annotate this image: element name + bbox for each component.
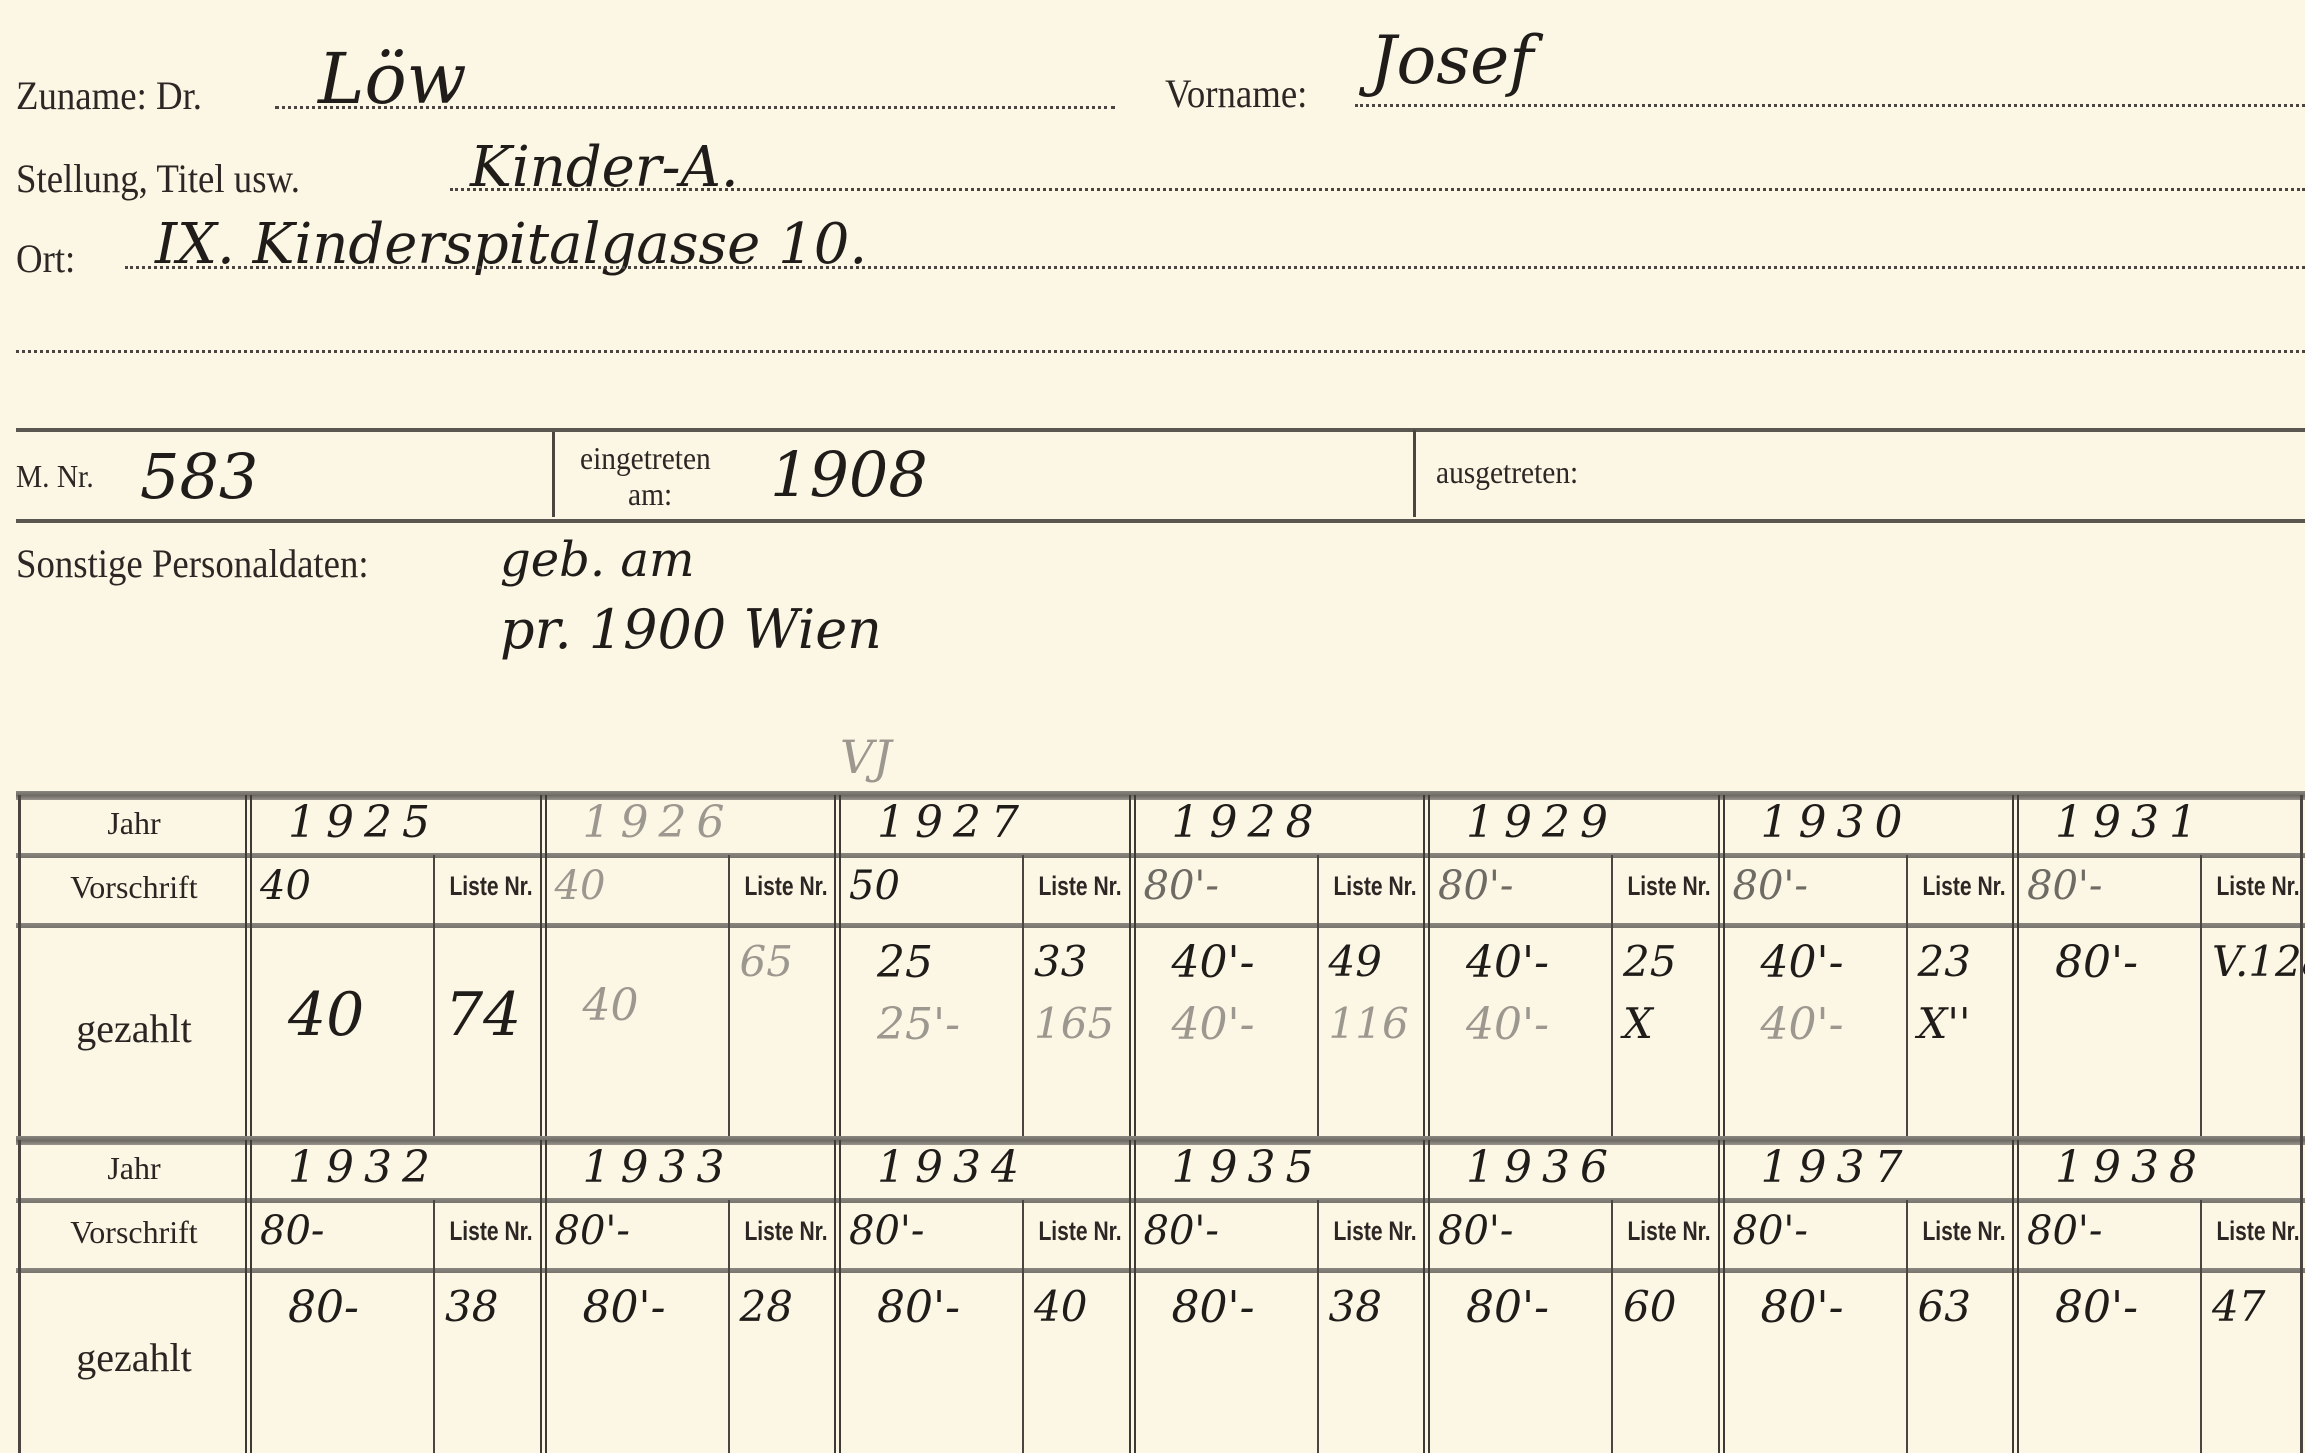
personal-line1: geb. am bbox=[500, 532, 695, 588]
year-value: 1930 bbox=[1761, 797, 1913, 848]
row-label-vorschrift: Vorschrift bbox=[20, 1214, 248, 1251]
year-column-divider bbox=[1129, 795, 1136, 1140]
year-value: 1925 bbox=[288, 797, 440, 848]
stellung-dotted-line bbox=[450, 188, 2305, 191]
vorschrift-value: 80'- bbox=[1733, 1208, 1808, 1254]
liste-nr-label: Liste Nr. bbox=[1909, 871, 2018, 902]
liste-number: 49 bbox=[1329, 937, 1382, 986]
liste-number: 65 bbox=[740, 937, 793, 986]
blank-dotted-line bbox=[16, 350, 2305, 353]
ausgetreten-label: ausgetreten: bbox=[1436, 454, 1578, 491]
zuname-dotted-line bbox=[275, 106, 1115, 109]
mnr-label: M. Nr. bbox=[16, 458, 94, 495]
year-column-divider bbox=[834, 1140, 841, 1453]
liste-number: 25 bbox=[1623, 937, 1676, 986]
liste-column-divider bbox=[2200, 1200, 2202, 1453]
year-column-divider bbox=[540, 795, 547, 1140]
personal-label: Sonstige Personaldaten: bbox=[16, 540, 369, 587]
gezahlt-amount: 40'- bbox=[1761, 999, 1844, 1050]
liste-nr-label: Liste Nr. bbox=[1909, 1216, 2018, 1247]
liste-number: 40 bbox=[1034, 1282, 1087, 1331]
band-divider bbox=[552, 432, 555, 517]
liste-number: 38 bbox=[1329, 1282, 1382, 1331]
liste-nr-label: Liste Nr. bbox=[2203, 871, 2305, 902]
liste-nr-label: Liste Nr. bbox=[1025, 1216, 1134, 1247]
gezahlt-amount: 80'- bbox=[1466, 1282, 1549, 1333]
gezahlt-amount: 80'- bbox=[2055, 1282, 2138, 1333]
year-value: 1931 bbox=[2055, 797, 2207, 848]
eingetreten-am-label: am: bbox=[628, 476, 672, 513]
liste-number: 165 bbox=[1034, 999, 1114, 1048]
liste-column-divider bbox=[728, 1200, 730, 1453]
liste-nr-label: Liste Nr. bbox=[436, 1216, 545, 1247]
liste-number: 47 bbox=[2212, 1282, 2265, 1331]
gezahlt-amount: 80'- bbox=[1172, 1282, 1255, 1333]
gezahlt-amount: 80'- bbox=[1761, 1282, 1844, 1333]
year-value: 1936 bbox=[1466, 1142, 1618, 1193]
liste-column-divider bbox=[1611, 1200, 1613, 1453]
gezahlt-amount: 40 bbox=[583, 980, 639, 1031]
year-value: 1932 bbox=[288, 1142, 440, 1193]
row-label-jahr: Jahr bbox=[20, 1150, 248, 1187]
year-column-divider bbox=[2012, 1140, 2019, 1453]
liste-nr-label: Liste Nr. bbox=[731, 1216, 840, 1247]
year-column-divider bbox=[1718, 1140, 1725, 1453]
year-value: 1937 bbox=[1761, 1142, 1913, 1193]
liste-number: X'' bbox=[1918, 999, 1971, 1048]
liste-number: 33 bbox=[1034, 937, 1087, 986]
vorschrift-value: 80'- bbox=[2027, 863, 2102, 909]
gezahlt-amount: 80- bbox=[288, 1282, 359, 1333]
liste-column-divider bbox=[433, 855, 435, 1140]
year-column-divider bbox=[834, 795, 841, 1140]
liste-column-divider bbox=[1317, 855, 1319, 1140]
vorschrift-value: 40 bbox=[260, 863, 311, 909]
liste-number: 60 bbox=[1623, 1282, 1676, 1331]
gezahlt-amount: 80'- bbox=[583, 1282, 666, 1333]
year-value: 1934 bbox=[877, 1142, 1029, 1193]
liste-nr-label: Liste Nr. bbox=[1320, 871, 1429, 902]
annotation-mark: VJ bbox=[840, 730, 892, 784]
vorschrift-value: 80'- bbox=[1438, 863, 1513, 909]
row-label-vorschrift: Vorschrift bbox=[20, 869, 248, 906]
year-value: 1929 bbox=[1466, 797, 1618, 848]
year-column-divider bbox=[1129, 1140, 1136, 1453]
year-value: 1938 bbox=[2055, 1142, 2207, 1193]
vorname-dotted-line bbox=[1355, 104, 2305, 107]
jahr-row-rule bbox=[16, 1198, 2305, 1203]
gezahlt-amount: 40'- bbox=[1172, 999, 1255, 1050]
zuname-label: Zuname: Dr. bbox=[16, 72, 202, 119]
liste-number: V.128 bbox=[2212, 937, 2305, 986]
year-column-divider bbox=[2012, 795, 2019, 1140]
year-column-divider bbox=[245, 795, 252, 1140]
row-label-jahr: Jahr bbox=[20, 805, 248, 842]
gezahlt-amount: 25 bbox=[877, 937, 933, 988]
ort-label: Ort: bbox=[16, 235, 75, 282]
liste-column-divider bbox=[1022, 1200, 1024, 1453]
liste-nr-label: Liste Nr. bbox=[1614, 871, 1723, 902]
liste-number: 74 bbox=[445, 980, 521, 1050]
liste-number: 28 bbox=[740, 1282, 793, 1331]
gezahlt-amount: 80'- bbox=[877, 1282, 960, 1333]
year-column-divider bbox=[1423, 1140, 1430, 1453]
vorschrift-value: 80'- bbox=[2027, 1208, 2102, 1254]
vorschrift-value: 80'- bbox=[1733, 863, 1808, 909]
band-top-rule bbox=[16, 428, 2305, 432]
year-value: 1935 bbox=[1172, 1142, 1324, 1193]
liste-column-divider bbox=[728, 855, 730, 1140]
vorname-label: Vorname: bbox=[1165, 70, 1307, 117]
liste-number: X bbox=[1623, 999, 1653, 1048]
gezahlt-amount: 40'- bbox=[1466, 999, 1549, 1050]
vorschrift-value: 50 bbox=[849, 863, 900, 909]
vorschrift-value: 80'- bbox=[849, 1208, 924, 1254]
liste-column-divider bbox=[2200, 855, 2202, 1140]
vorname-value: Josef bbox=[1370, 22, 1534, 99]
liste-column-divider bbox=[1022, 855, 1024, 1140]
gezahlt-amount: 40 bbox=[288, 980, 364, 1050]
vorschrift-value: 80- bbox=[260, 1208, 324, 1254]
year-column-divider bbox=[1718, 795, 1725, 1140]
liste-nr-label: Liste Nr. bbox=[436, 871, 545, 902]
stellung-label: Stellung, Titel usw. bbox=[16, 155, 300, 202]
vorschrift-value: 80'- bbox=[1144, 863, 1219, 909]
liste-column-divider bbox=[433, 1200, 435, 1453]
vorschrift-value: 80'- bbox=[555, 1208, 630, 1254]
vorschrift-value: 80'- bbox=[1144, 1208, 1219, 1254]
liste-nr-label: Liste Nr. bbox=[731, 871, 840, 902]
liste-column-divider bbox=[1906, 855, 1908, 1140]
gezahlt-amount: 25'- bbox=[877, 999, 960, 1050]
table-left-border bbox=[18, 795, 21, 1140]
year-value: 1926 bbox=[583, 797, 735, 848]
liste-number: 116 bbox=[1329, 999, 1409, 1048]
eingetreten-value: 1908 bbox=[770, 438, 928, 511]
vorschrift-row-rule bbox=[16, 1268, 2305, 1273]
year-column-divider bbox=[540, 1140, 547, 1453]
year-value: 1933 bbox=[583, 1142, 735, 1193]
liste-column-divider bbox=[1317, 1200, 1319, 1453]
year-column-divider bbox=[245, 1140, 252, 1453]
band-divider bbox=[1413, 430, 1416, 517]
gezahlt-amount: 40'- bbox=[1466, 937, 1549, 988]
vorschrift-value: 80'- bbox=[1438, 1208, 1513, 1254]
table-right-border bbox=[2300, 795, 2303, 1453]
year-column-divider bbox=[1423, 795, 1430, 1140]
liste-number: 63 bbox=[1918, 1282, 1971, 1331]
ort-dotted-line bbox=[125, 266, 2305, 269]
liste-column-divider bbox=[1906, 1200, 1908, 1453]
band-bottom-rule bbox=[16, 519, 2305, 523]
row-label-gezahlt: gezahlt bbox=[20, 1334, 248, 1381]
liste-nr-label: Liste Nr. bbox=[1320, 1216, 1429, 1247]
mnr-value: 583 bbox=[140, 440, 258, 513]
vorschrift-value: 40 bbox=[555, 863, 606, 909]
year-value: 1927 bbox=[877, 797, 1029, 848]
row-label-gezahlt: gezahlt bbox=[20, 1005, 248, 1052]
gezahlt-amount: 40'- bbox=[1172, 937, 1255, 988]
gezahlt-amount: 40'- bbox=[1761, 937, 1844, 988]
gezahlt-amount: 80'- bbox=[2055, 937, 2138, 988]
liste-nr-label: Liste Nr. bbox=[1614, 1216, 1723, 1247]
liste-number: 38 bbox=[445, 1282, 498, 1331]
personal-line2: pr. 1900 Wien bbox=[500, 598, 882, 661]
liste-column-divider bbox=[1611, 855, 1613, 1140]
jahr-row-rule bbox=[16, 853, 2305, 858]
vorschrift-row-rule bbox=[16, 923, 2305, 928]
liste-nr-label: Liste Nr. bbox=[2203, 1216, 2305, 1247]
liste-number: 23 bbox=[1918, 937, 1971, 986]
year-value: 1928 bbox=[1172, 797, 1324, 848]
liste-nr-label: Liste Nr. bbox=[1025, 871, 1134, 902]
eingetreten-label: eingetreten bbox=[580, 440, 711, 477]
